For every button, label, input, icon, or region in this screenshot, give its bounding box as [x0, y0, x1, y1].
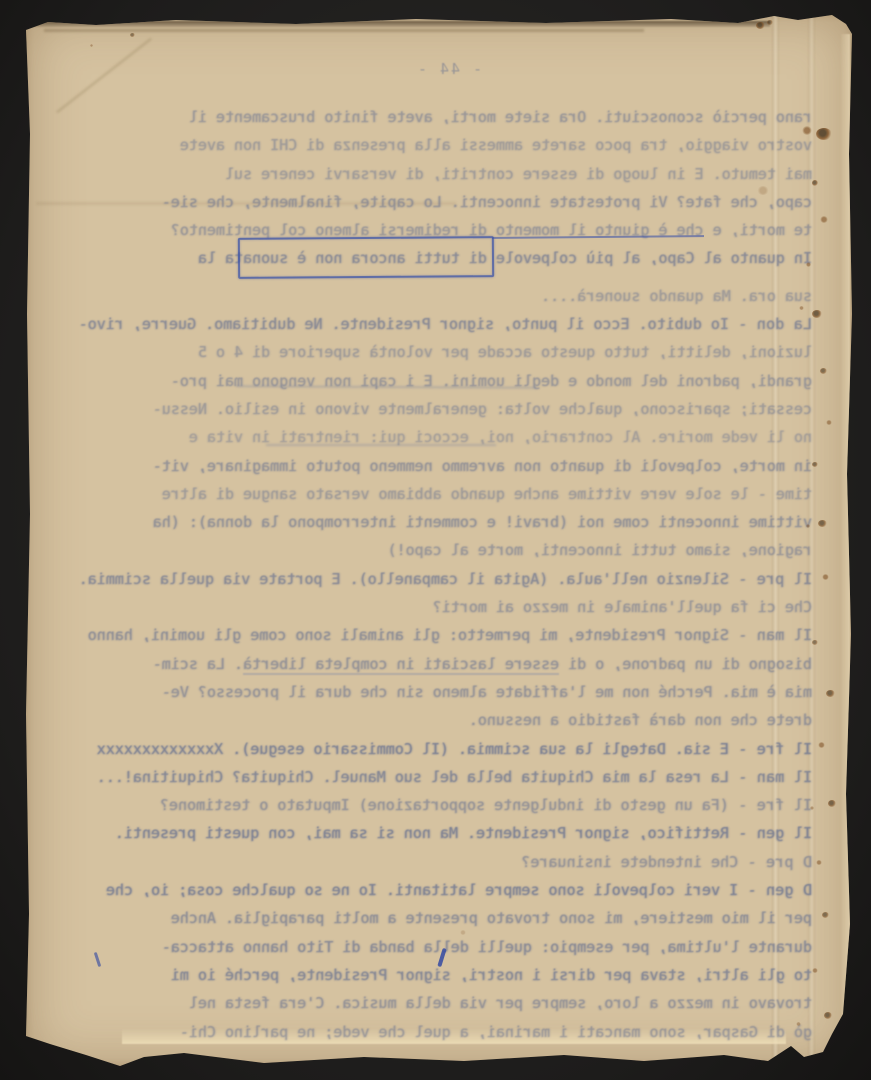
right-edge-highlight	[840, 34, 850, 1024]
rust-stain-spot	[806, 262, 811, 267]
speaker-label: Il gen -	[729, 824, 812, 842]
rust-stain-spot	[816, 860, 822, 865]
line-text: durante l'ultima, per esempio: quelli de…	[162, 938, 812, 956]
line-text: time - le sole vere vittime anche quando…	[162, 485, 812, 503]
rust-stain-spot	[812, 968, 818, 973]
rust-stain-spot	[828, 800, 836, 807]
speaker-label: Il fre -	[729, 796, 812, 814]
typescript-line: D pre - Che intendete insinuare?	[64, 848, 812, 876]
line-text: Io dubito. Ecco il punto, signor Preside…	[79, 315, 729, 333]
typescript-line: per il mio mestiere, mi sono trovato pre…	[64, 904, 812, 932]
page-number: - 44 -	[394, 60, 504, 78]
line-text: Che ci fa quell'animale in mezzo ai mort…	[433, 598, 812, 616]
typescript-line: Il fre - (Fa un gesto di indulgente sopp…	[64, 791, 812, 819]
speaker-label: D pre -	[738, 853, 812, 871]
typescript-line: luzioni, delitti, tutto questo accade pe…	[64, 338, 812, 366]
typescript-line: durante l'ultima, per esempio: quelli de…	[64, 933, 812, 961]
line-text: drete che non darà fastidio a nessuno.	[469, 711, 812, 729]
rust-stain-spot	[130, 33, 135, 37]
line-text: vostro viaggio, tra poco sarete ammessi …	[180, 136, 812, 154]
line-text: per il mio mestiere, mi sono trovato pre…	[171, 909, 812, 927]
rust-stain-spot	[818, 520, 827, 527]
rust-stain-spot	[810, 806, 814, 810]
rust-stain-spot	[812, 640, 818, 645]
line-text: ragione, siamo tutti innocenti, morte al…	[388, 541, 812, 559]
line-text: Che intendete insinuare?	[521, 853, 738, 871]
typescript-line: Il pre - Silenzio nell'aula. (Agita il c…	[64, 565, 812, 593]
typescript-line: trovavo in mezzo a loro, sempre per via …	[64, 989, 812, 1017]
typescript-line: grandi, padroni del mondo e degli uomini…	[64, 367, 812, 395]
line-text: (Fa un gesto di indulgente sopportazione…	[160, 796, 729, 814]
underlined-phrase: essere lasciati in completa libertà	[243, 655, 559, 675]
rust-stain-spot	[802, 126, 812, 135]
top-edge-crease-shadow	[44, 29, 644, 32]
line-text: La resa la mia Chiquita bella del suo Ma…	[97, 768, 729, 786]
line-text: mia è mia. Perché non me l'affidate alme…	[162, 683, 812, 701]
typescript-line: bisogno di un padrone, o di essere lasci…	[64, 650, 812, 678]
typescript-line: Il man - Signor Presidente, mi permetto:…	[64, 621, 812, 649]
line-text: gò di Gaspar, sono mancati i marinai, a …	[180, 1023, 812, 1041]
line-text: to gli altri, stava per dirsi i nostri, …	[171, 966, 812, 984]
line-text: Silenzio nell'aula. (Agita il campanello…	[79, 570, 729, 588]
typescript-line: Il gen - Rettifico, signor Presidente. M…	[64, 819, 812, 847]
line-text: trovavo in mezzo a loro, sempre per via …	[189, 994, 812, 1012]
speaker-label: Il man -	[729, 768, 812, 786]
blue-ink-box-annotation	[238, 236, 494, 279]
rust-stain-spot	[812, 310, 822, 318]
typescript-line: drete che non darà fastidio a nessuno.	[64, 706, 812, 734]
typescript-line: rano perciò sconosciuti. Ora siete morti…	[64, 103, 812, 131]
line-text: in morte, colpevoli di quanto non avremm…	[153, 457, 812, 475]
rust-stain-spot	[799, 306, 804, 310]
line-text: I veri colpevoli sono sempre latitanti. …	[106, 881, 738, 899]
rust-stain-spot	[824, 1012, 832, 1019]
rust-stain-spot	[756, 22, 765, 29]
rust-stain-spot	[806, 524, 810, 528]
speaker-label: Il fre -	[729, 740, 812, 758]
line-text: bisogno di un padrone, o di essere lasci…	[153, 655, 812, 675]
rust-stain-spot	[822, 912, 829, 918]
line-text: luzioni, delitti, tutto questo accade pe…	[198, 343, 812, 361]
rust-stain-spot	[820, 216, 828, 223]
rust-stain-spot	[757, 186, 769, 195]
rust-stain-spot	[796, 1022, 801, 1026]
rust-stain-spot	[812, 180, 818, 186]
speaker-label: Il pre -	[729, 570, 812, 588]
typescript-line: in morte, colpevoli di quanto non avremm…	[64, 452, 812, 480]
line-text: cessati; spariscono, qualche volta: gene…	[153, 400, 812, 418]
rust-stain-spot	[812, 462, 818, 467]
rust-stain-spot	[820, 368, 827, 374]
typescript-line: La don - Io dubito. Ecco il punto, signo…	[64, 310, 812, 338]
typescript-line: cessati; spariscono, qualche volta: gene…	[64, 395, 812, 423]
typescript-line: gò di Gaspar, sono mancati i marinai, a …	[64, 1018, 812, 1046]
rust-stain-spot	[826, 420, 832, 425]
typescript-line: Il man - La resa la mia Chiquita bella d…	[64, 763, 812, 791]
line-text: vittime innocenti come noi (bravi! e com…	[153, 513, 812, 531]
rust-stain-spot	[767, 20, 773, 25]
speaker-label: D gen -	[738, 881, 812, 899]
document-page: - 44 - rano perciò sconosciuti. Ora siet…	[26, 14, 852, 1066]
typescript-line: Che ci fa quell'animale in mezzo ai mort…	[64, 593, 812, 621]
ink-smear	[266, 444, 496, 446]
typescript-line: mia è mia. Perché non me l'affidate alme…	[64, 678, 812, 706]
rust-stain-spot	[460, 930, 466, 935]
typescript-line: Il fre - E sia. Dategli la sua scimmia. …	[64, 735, 812, 763]
line-text: sua ora. Ma quando suonerà....	[541, 287, 812, 305]
typescript-line: no li vede morire. Al contrario, noi, ec…	[64, 423, 812, 451]
line-text: E sia. Dategli la sua scimmia. (Il Commi…	[97, 740, 729, 758]
typescript-line: vostro viaggio, tra poco sarete ammessi …	[64, 131, 812, 159]
typescript-line: sua ora. Ma quando suonerà....	[64, 282, 812, 310]
rust-stain-spot	[822, 574, 829, 580]
typescript-line: time - le sole vere vittime anche quando…	[64, 480, 812, 508]
rust-stain-spot	[816, 128, 832, 140]
scan-background: - 44 - rano perciò sconosciuti. Ora siet…	[0, 0, 871, 1080]
typescript-line: D gen - I veri colpevoli sono sempre lat…	[64, 876, 812, 904]
line-text: rano perciò sconosciuti. Ora siete morti…	[189, 108, 812, 126]
line-text: capo, che fate? Vi protestate innocenti.…	[162, 193, 812, 211]
typescript-line: capo, che fate? Vi protestate innocenti.…	[64, 188, 812, 216]
rust-stain-spot	[818, 742, 825, 748]
rust-stain-spot	[826, 690, 835, 697]
line-text: Rettifico, signor Presidente. Ma non si …	[115, 824, 729, 842]
typescript-line: vittime innocenti come noi (bravi! e com…	[64, 508, 812, 536]
top-edge-crease	[30, 21, 770, 27]
speaker-label: Il man -	[729, 626, 812, 644]
rust-stain-spot	[90, 44, 93, 47]
line-text: Signor Presidente, mi permetto: gli anim…	[88, 626, 729, 644]
typescript-line: mai temuto. E in luogo di essere contrit…	[64, 160, 812, 188]
typescript-line: ragione, siamo tutti innocenti, morte al…	[64, 536, 812, 564]
line-text: mai temuto. E in luogo di essere contrit…	[225, 165, 812, 183]
speaker-label: La don -	[729, 315, 812, 333]
